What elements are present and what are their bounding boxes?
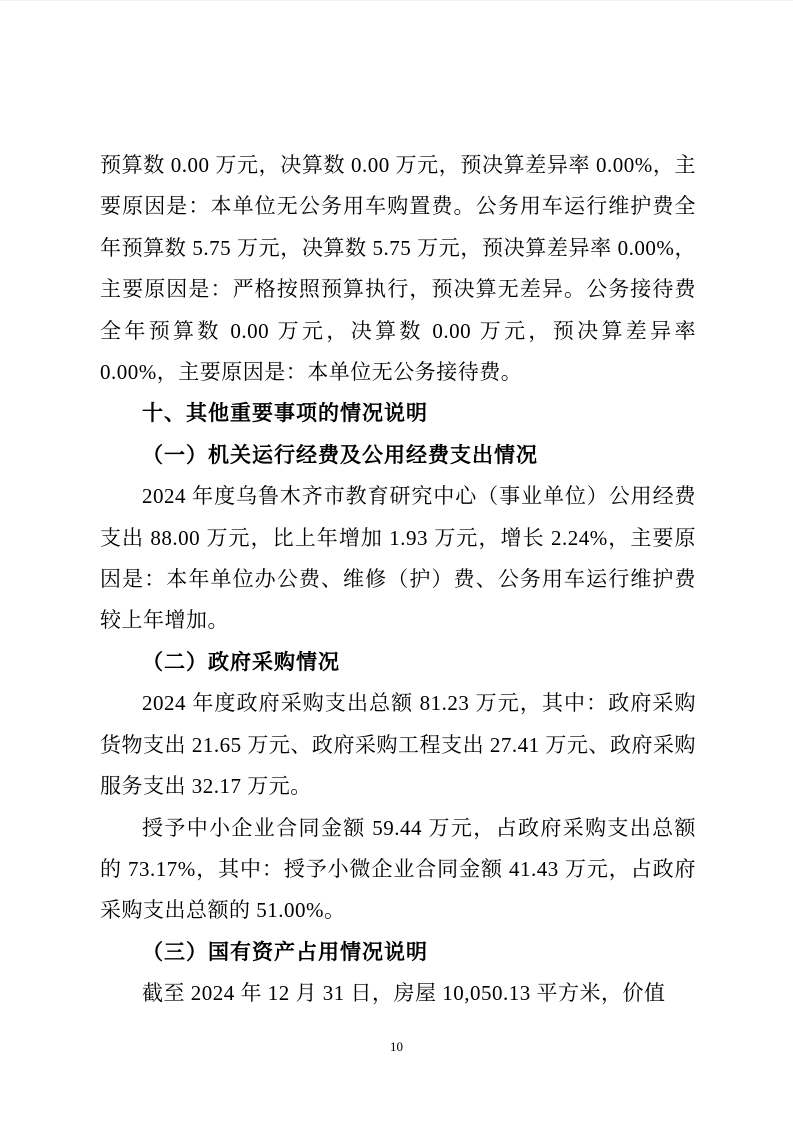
paragraph-procurement-totals: 2024 年度政府采购支出总额 81.23 万元，其中：政府采购货物支出 21.… [100,683,696,807]
document-body: 预算数 0.00 万元，决算数 0.00 万元，预决算差异率 0.00%，主要原… [100,145,696,1015]
paragraph-vehicle-purchase-fee: 预算数 0.00 万元，决算数 0.00 万元，预决算差异率 0.00%，主要原… [100,145,696,393]
paragraph-sme-contracts: 授予中小企业合同金额 59.44 万元，占政府采购支出总额的 73.17%，其中… [100,808,696,932]
paragraph-state-assets-housing: 截至 2024 年 12 月 31 日，房屋 10,050.13 平方米，价值 [100,973,696,1014]
subsection-heading-operating-funds: （一）机关运行经费及公用经费支出情况 [100,435,696,476]
paragraph-public-funds-expenditure: 2024 年度乌鲁木齐市教育研究中心（事业单位）公用经费支出 88.00 万元，… [100,476,696,642]
subsection-heading-government-procurement: （二）政府采购情况 [100,642,696,683]
document-page: 预算数 0.00 万元，决算数 0.00 万元，预决算差异率 0.00%，主要原… [0,0,793,1122]
section-heading-other-important-matters: 十、其他重要事项的情况说明 [100,393,696,434]
page-number: 10 [0,1039,793,1055]
subsection-heading-state-assets: （三）国有资产占用情况说明 [100,932,696,973]
